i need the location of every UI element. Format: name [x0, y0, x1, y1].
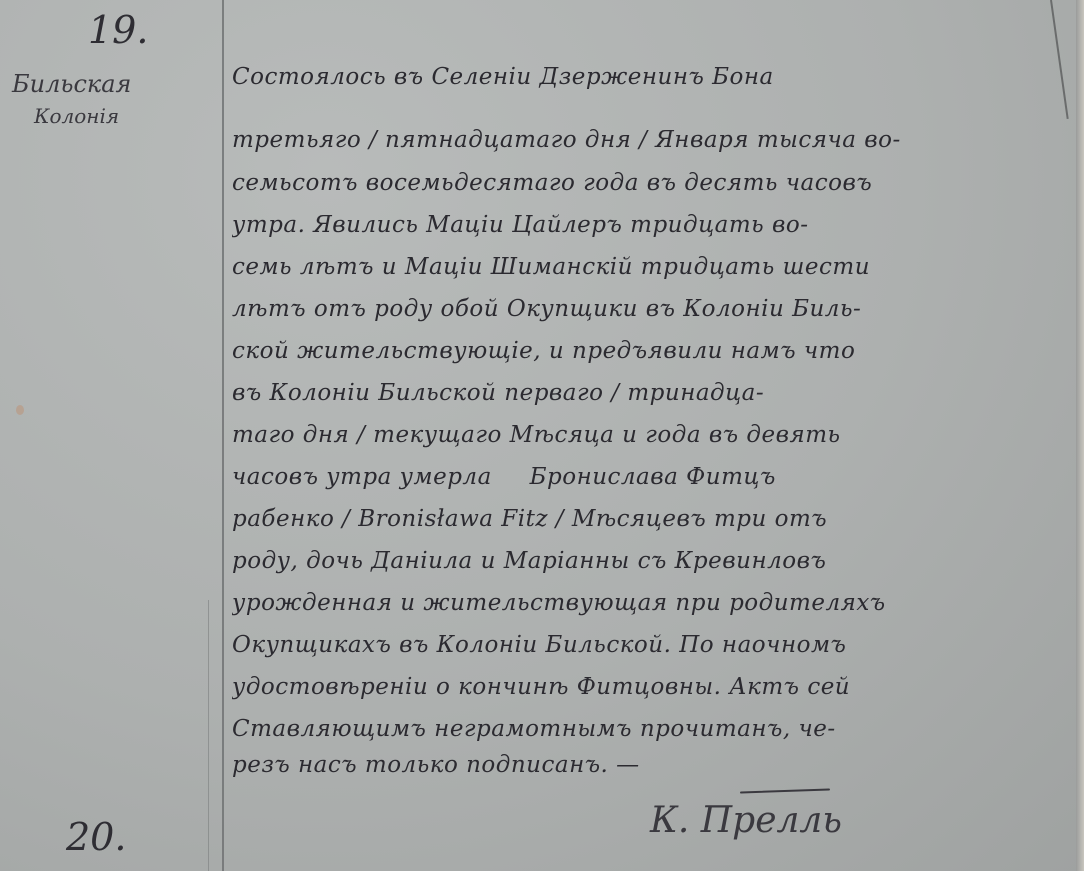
page-fold-line	[1050, 0, 1069, 119]
body-line: утра. Явились Маціи Цайлеръ тридцать во-	[232, 212, 1052, 238]
paper-stain	[16, 405, 24, 415]
body-line-text: часовъ утра умерла	[232, 464, 492, 490]
body-line: лѣтъ отъ роду обой Окупщики въ Колоніи Б…	[232, 296, 1052, 322]
body-line: семь лѣтъ и Маціи Шиманскій тридцать шес…	[232, 254, 1052, 280]
deceased-name: Брониславa Фитцъ	[530, 464, 776, 490]
body-line: ской жительствующіе, и предъявили намъ ч…	[232, 338, 1052, 364]
body-line: Состоялось въ Селеніи Дзерженинъ Бона	[232, 64, 1052, 90]
page-edge	[1076, 0, 1084, 871]
margin-place-line2: Колонія	[34, 104, 119, 128]
margin-rule	[222, 0, 224, 871]
body-line: роду, дочь Даніила и Маріанны съ Кревинл…	[232, 548, 1052, 574]
register-page: 19. Бильская Колонія 20. Состоялось въ С…	[0, 0, 1084, 871]
body-line: удостовѣреніи о кончинѣ Фитцовны. Актъ с…	[232, 674, 1052, 700]
body-line: въ Колоніи Бильской перваго / тринадца-	[232, 380, 1052, 406]
body-line: рабенко / Bronisława Fitz / Мѣсяцевъ три…	[232, 506, 1052, 532]
margin-rule-secondary	[208, 600, 209, 871]
body-line: таго дня / текущаго Мѣсяца и года въ дев…	[232, 422, 1052, 448]
body-line: семьсотъ восемьдесятаго года въ десять ч…	[232, 170, 1052, 196]
body-line: Окупщикахъ въ Колоніи Бильской. По наочн…	[232, 632, 1052, 658]
signature-flourish	[740, 788, 830, 793]
body-line: резъ насъ только подписанъ. —	[232, 752, 1052, 778]
body-line: часовъ утра умерла Брониславa Фитцъ	[232, 464, 1052, 490]
body-line: Ставляющимъ неграмотнымъ прочитанъ, че-	[232, 716, 1052, 742]
entry-number-bottom: 20.	[66, 815, 126, 859]
entry-number-top: 19.	[88, 8, 148, 52]
margin-place-line1: Бильская	[12, 70, 131, 98]
body-line: третьяго / пятнадцатаго дня / Января тыс…	[232, 127, 1052, 153]
official-signature: К. Прелль	[650, 800, 842, 841]
body-line: урожденная и жительствующая при родителя…	[232, 590, 1052, 616]
